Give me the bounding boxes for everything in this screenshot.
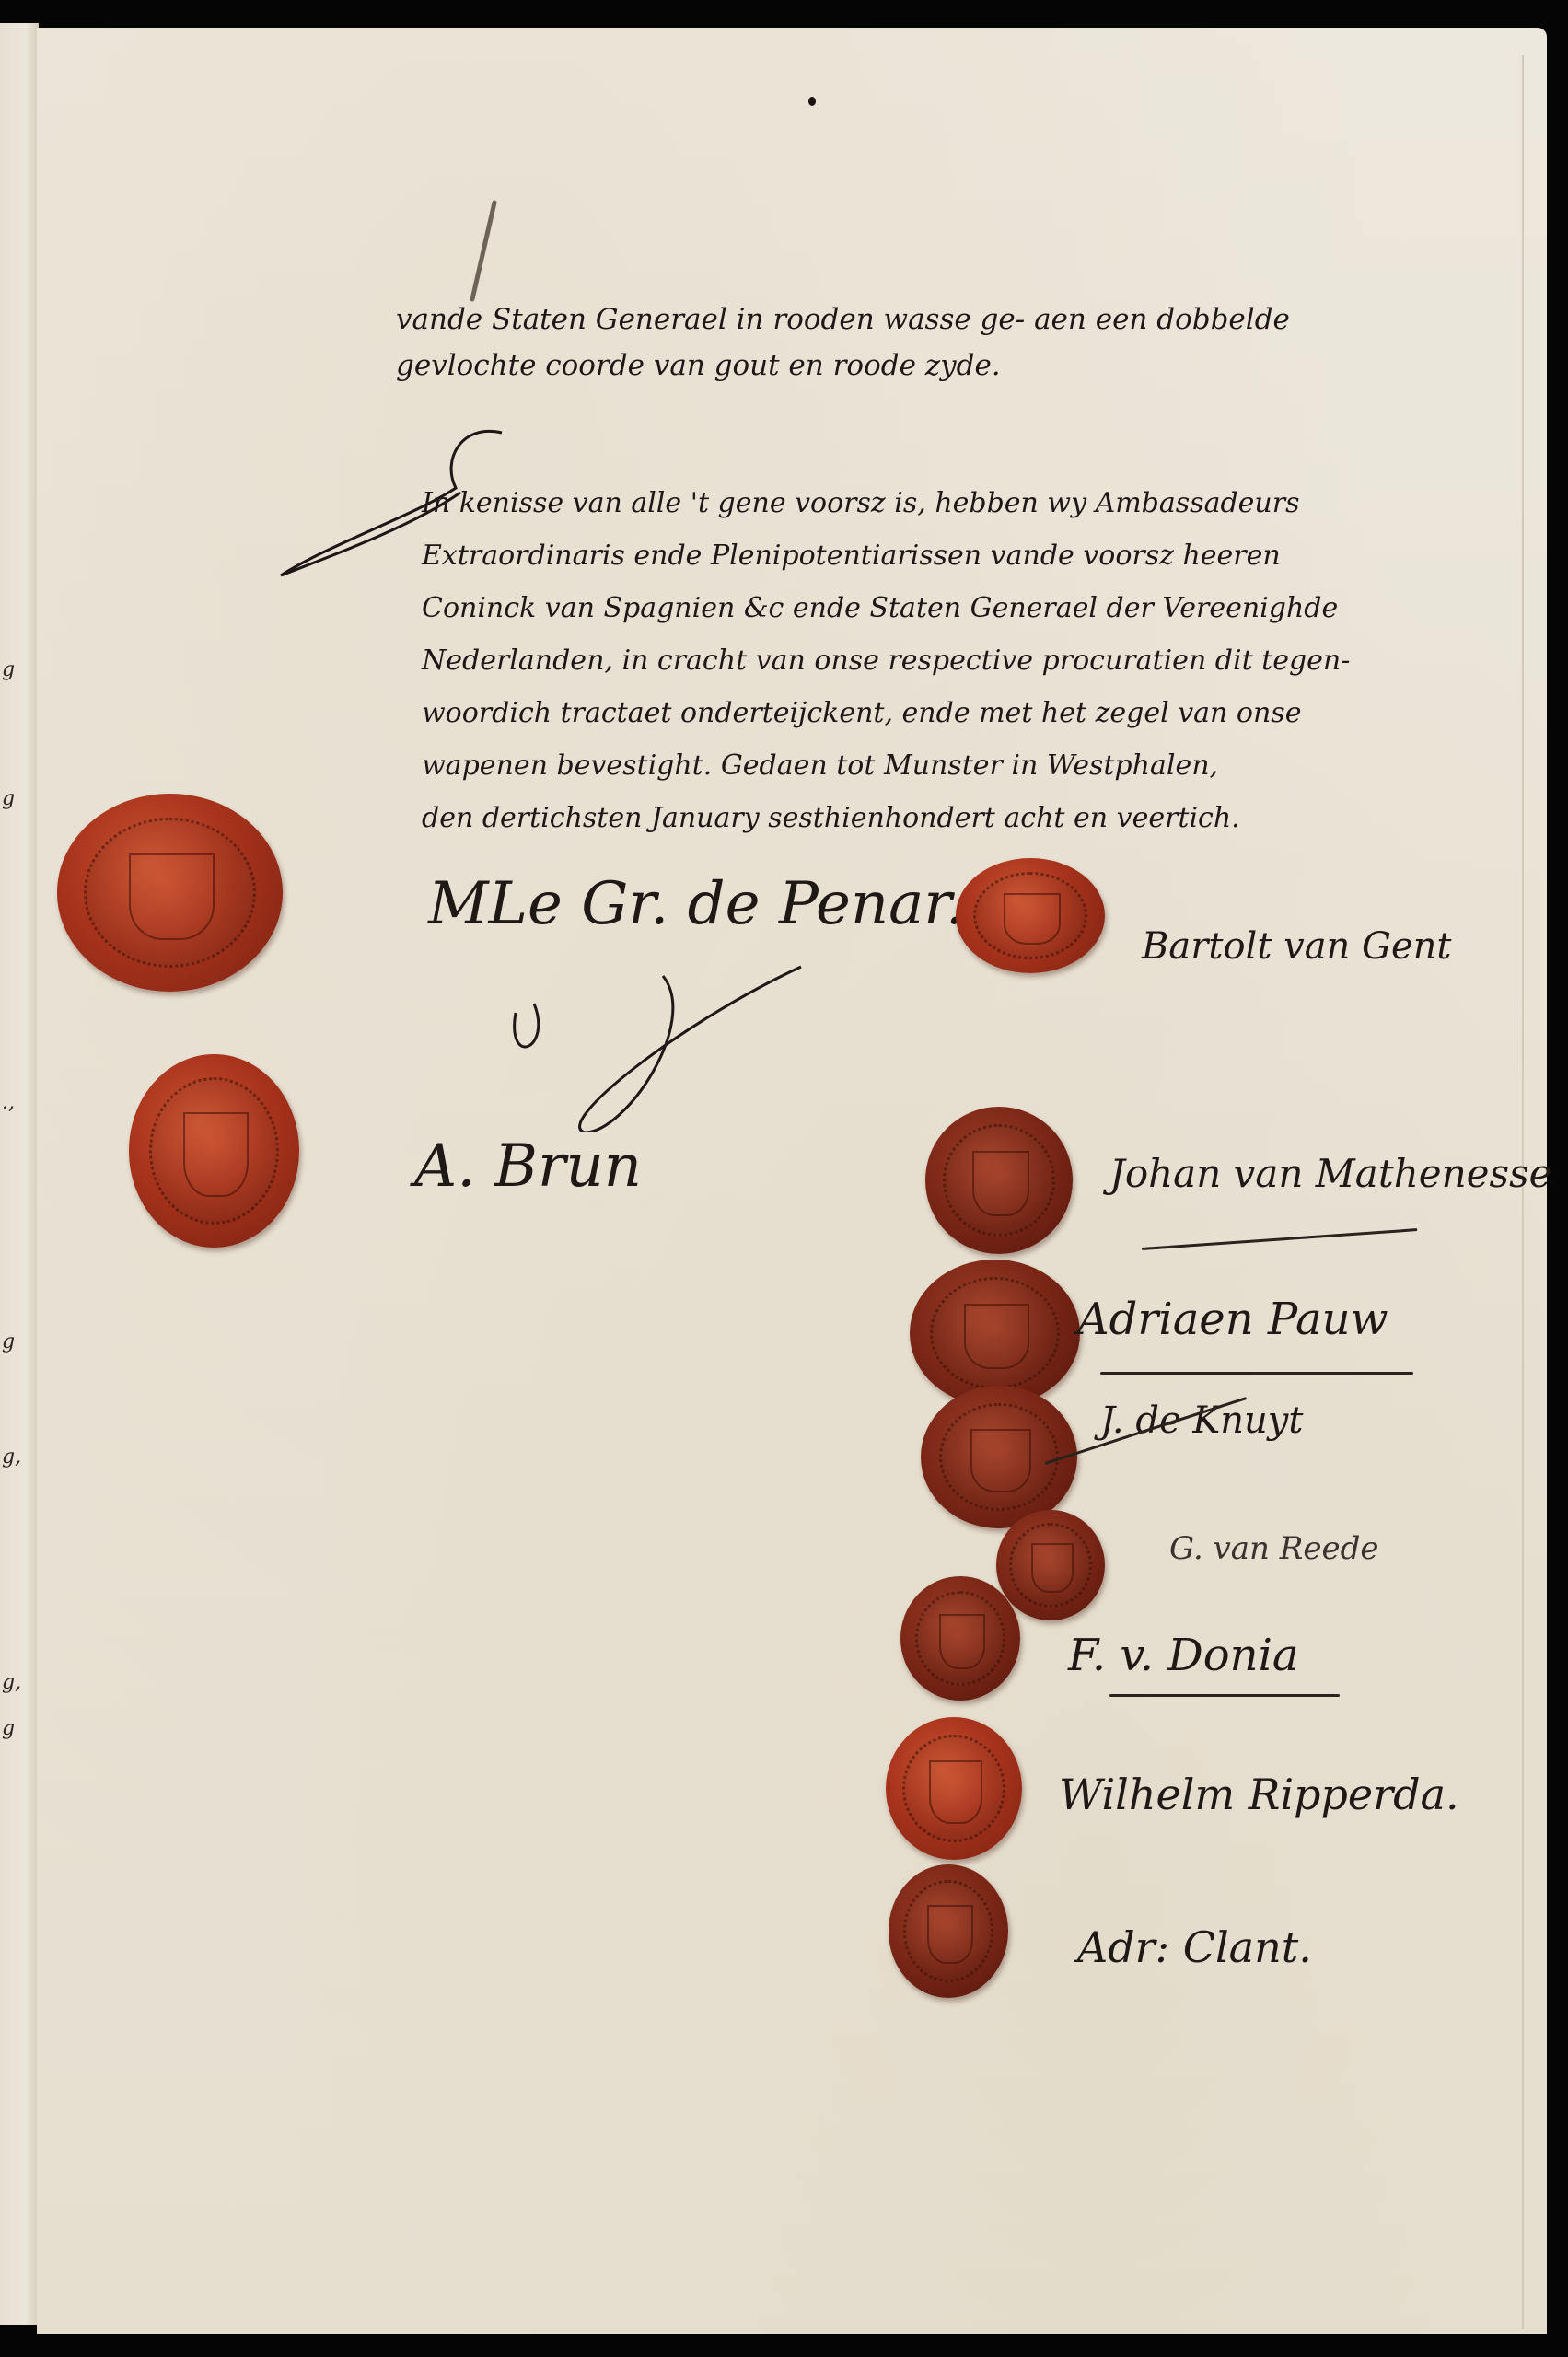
- margin-fragment: g: [2, 787, 15, 810]
- wax-seal-4: [921, 1386, 1077, 1528]
- signature-left-1: MLe Gr. de Penar.: [428, 870, 964, 938]
- signature-bartolt-van-gent: Bartolt van Gent: [1142, 925, 1451, 968]
- signature-wilhelm-ripperda: Wilhelm Ripperda.: [1059, 1770, 1459, 1819]
- wax-seal-8: [889, 1864, 1008, 1998]
- heading-line: vande Staten Generael in rooden wasse ge…: [396, 296, 1528, 343]
- signature-underline: [1109, 1694, 1340, 1697]
- signature-johan-van-mathenesse: Johan van Mathenesse: [1109, 1151, 1551, 1196]
- heading-line: gevlochte coorde van gout en roode zyde.: [396, 343, 1528, 389]
- signature-flourish: [497, 948, 847, 1132]
- seal-description-heading: vande Staten Generael in rooden wasse ge…: [396, 296, 1528, 389]
- body-line: Extraordinaris ende Plenipotentiarissen …: [422, 529, 1527, 582]
- wax-seal-1: [956, 858, 1105, 973]
- wax-seal-6: [900, 1576, 1020, 1701]
- wax-seal-2: [925, 1107, 1073, 1254]
- previous-page-edge: g g ., g g, g, g: [0, 23, 39, 2325]
- wax-seal-7: [886, 1717, 1022, 1860]
- ink-stroke-mark: [465, 198, 502, 308]
- body-line: Nederlanden, in cracht van onse respecti…: [422, 634, 1527, 687]
- body-line: wapenen bevestight. Gedaen tot Munster i…: [422, 739, 1527, 792]
- margin-fragment: g,: [2, 1671, 21, 1694]
- margin-fragment: g,: [2, 1446, 21, 1469]
- body-line: Coninck van Spagnien &c ende Staten Gene…: [422, 582, 1527, 634]
- margin-fragment: g: [2, 1330, 15, 1353]
- signature-adriaen-pauw: Adriaen Pauw: [1077, 1294, 1388, 1345]
- signature-donia: F. v. Donia: [1068, 1630, 1299, 1681]
- wax-seal-3: [910, 1260, 1080, 1407]
- margin-fragment: .,: [2, 1091, 15, 1114]
- wax-seal-crowned-arms: [57, 794, 283, 992]
- signature-left-2: A. Brun: [414, 1132, 642, 1201]
- margin-fragment: g: [2, 1717, 15, 1740]
- body-line: den dertichsten January sesthienhondert …: [422, 792, 1527, 844]
- wax-seal-5: [996, 1510, 1105, 1620]
- body-line: In kenisse van alle 't gene voorsz is, h…: [422, 477, 1527, 529]
- margin-fragment: g: [2, 658, 15, 681]
- ratification-clause: In kenisse van alle 't gene voorsz is, h…: [422, 477, 1527, 844]
- signature-van-reede: G. van Reede: [1169, 1530, 1378, 1567]
- body-line: woordich tractaet onderteijckent, ende m…: [422, 687, 1527, 739]
- signature-adr-clant: Adr: Clant.: [1077, 1922, 1312, 1972]
- signature-underline: [1100, 1372, 1413, 1375]
- ink-spot: [808, 97, 816, 106]
- wax-seal-helmeted-arms: [129, 1054, 299, 1248]
